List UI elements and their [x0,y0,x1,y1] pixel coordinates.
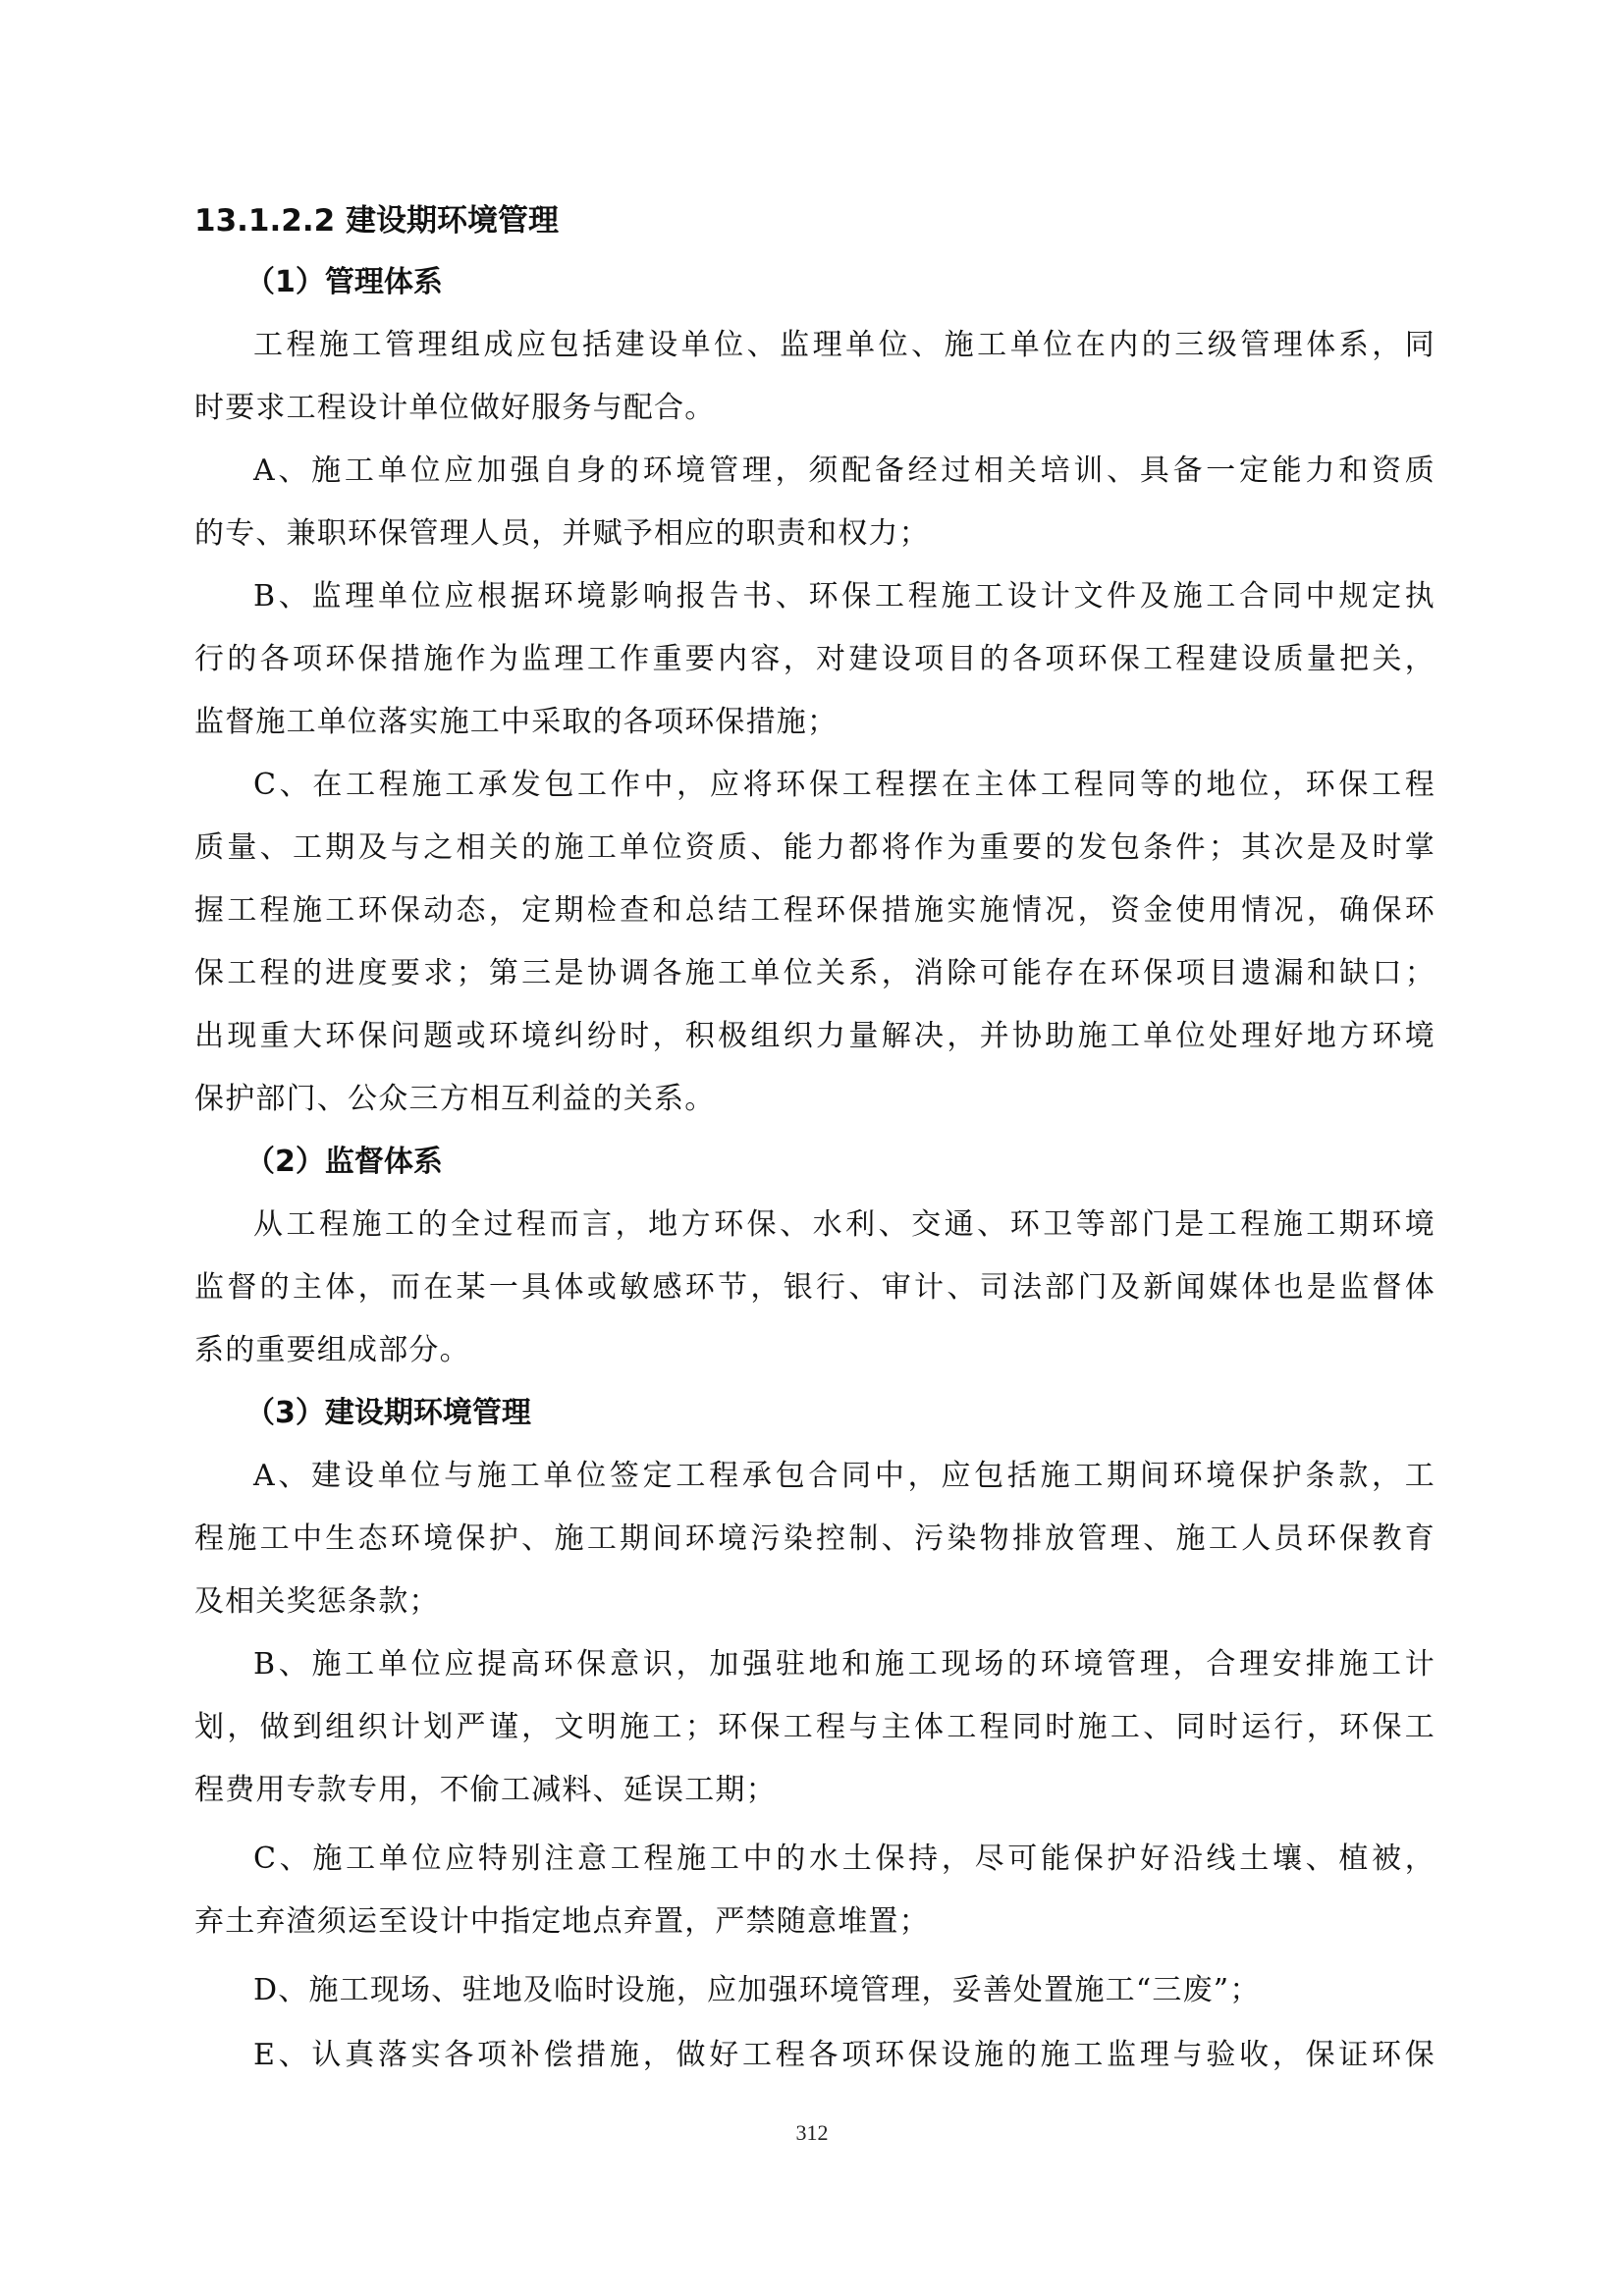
paragraph-line: C、在工程施工承发包工作中，应将环保工程摆在主体工程同等的地位，环保工程 [253,766,1435,805]
page-number: 312 [0,2120,1624,2146]
paragraph-line: 出现重大环保问题或环境纠纷时，积极组织力量解决，并协助施工单位处理好地方环境 [194,1017,1435,1056]
paragraph-line: 系的重要组成部分。 [194,1331,1435,1370]
paragraph-line: 握工程施工环保动态，定期检查和总结工程环保措施实施情况，资金使用情况，确保环 [194,891,1435,931]
paragraph-line: 从工程施工的全过程而言，地方环保、水利、交通、环卫等部门是工程施工期环境 [253,1205,1435,1245]
paragraph-line: 的专、兼职环保管理人员，并赋予相应的职责和权力； [194,514,1435,554]
paragraph-line: 质量、工期及与之相关的施工单位资质、能力都将作为重要的发包条件；其次是及时掌 [194,828,1435,868]
paragraph-line: B、监理单位应根据环境影响报告书、环保工程施工设计文件及施工合同中规定执 [253,577,1435,616]
paragraph-line: 程施工中生态环境保护、施工期间环境污染控制、污染物排放管理、施工人员环保教育 [194,1520,1435,1559]
paragraph-line: D、施工现场、驻地及临时设施，应加强环境管理，妥善处置施工“三废”； [253,1971,1435,2010]
paragraph-line: 监督的主体，而在某一具体或敏感环节，银行、审计、司法部门及新闻媒体也是监督体 [194,1268,1435,1308]
paragraph-line: 行的各项环保措施作为监理工作重要内容，对建设项目的各项环保工程建设质量把关， [194,640,1435,679]
paragraph-line: 时要求工程设计单位做好服务与配合。 [194,389,1435,428]
paragraph-line: 划，做到组织计划严谨，文明施工；环保工程与主体工程同时施工、同时运行，环保工 [194,1708,1435,1747]
paragraph-line: C、施工单位应特别注意工程施工中的水土保持，尽可能保护好沿线土壤、植被， [253,1840,1435,1879]
paragraph-line: E、认真落实各项补偿措施，做好工程各项环保设施的施工监理与验收，保证环保 [253,2036,1435,2075]
paragraph-line: B、施工单位应提高环保意识，加强驻地和施工现场的环境管理，合理安排施工计 [253,1645,1435,1684]
subsection-heading-construction-env-management: （3）建设期环境管理 [245,1394,1487,1433]
paragraph-line: 及相关奖惩条款； [194,1582,1435,1622]
paragraph-line: 工程施工管理组成应包括建设单位、监理单位、施工单位在内的三级管理体系，同 [253,326,1435,365]
subsection-heading-management-system: （1）管理体系 [245,263,1487,302]
paragraph-line: 监督施工单位落实施工中采取的各项环保措施； [194,703,1435,742]
paragraph-line: 保工程的进度要求；第三是协调各施工单位关系，消除可能存在环保项目遗漏和缺口； [194,954,1435,993]
paragraph-line: 弃土弃渣须运至设计中指定地点弃置，严禁随意堆置； [194,1902,1435,1942]
subsection-heading-supervision-system: （2）监督体系 [245,1143,1487,1182]
paragraph-line: 程费用专款专用，不偷工减料、延误工期； [194,1771,1435,1810]
section-heading: 13.1.2.2 建设期环境管理 [194,201,1435,240]
paragraph-line: 保护部门、公众三方相互利益的关系。 [194,1080,1435,1119]
paragraph-line: A、建设单位与施工单位签定工程承包合同中，应包括施工期间环境保护条款，工 [253,1457,1435,1496]
paragraph-line: A、施工单位应加强自身的环境管理，须配备经过相关培训、具备一定能力和资质 [253,452,1435,491]
